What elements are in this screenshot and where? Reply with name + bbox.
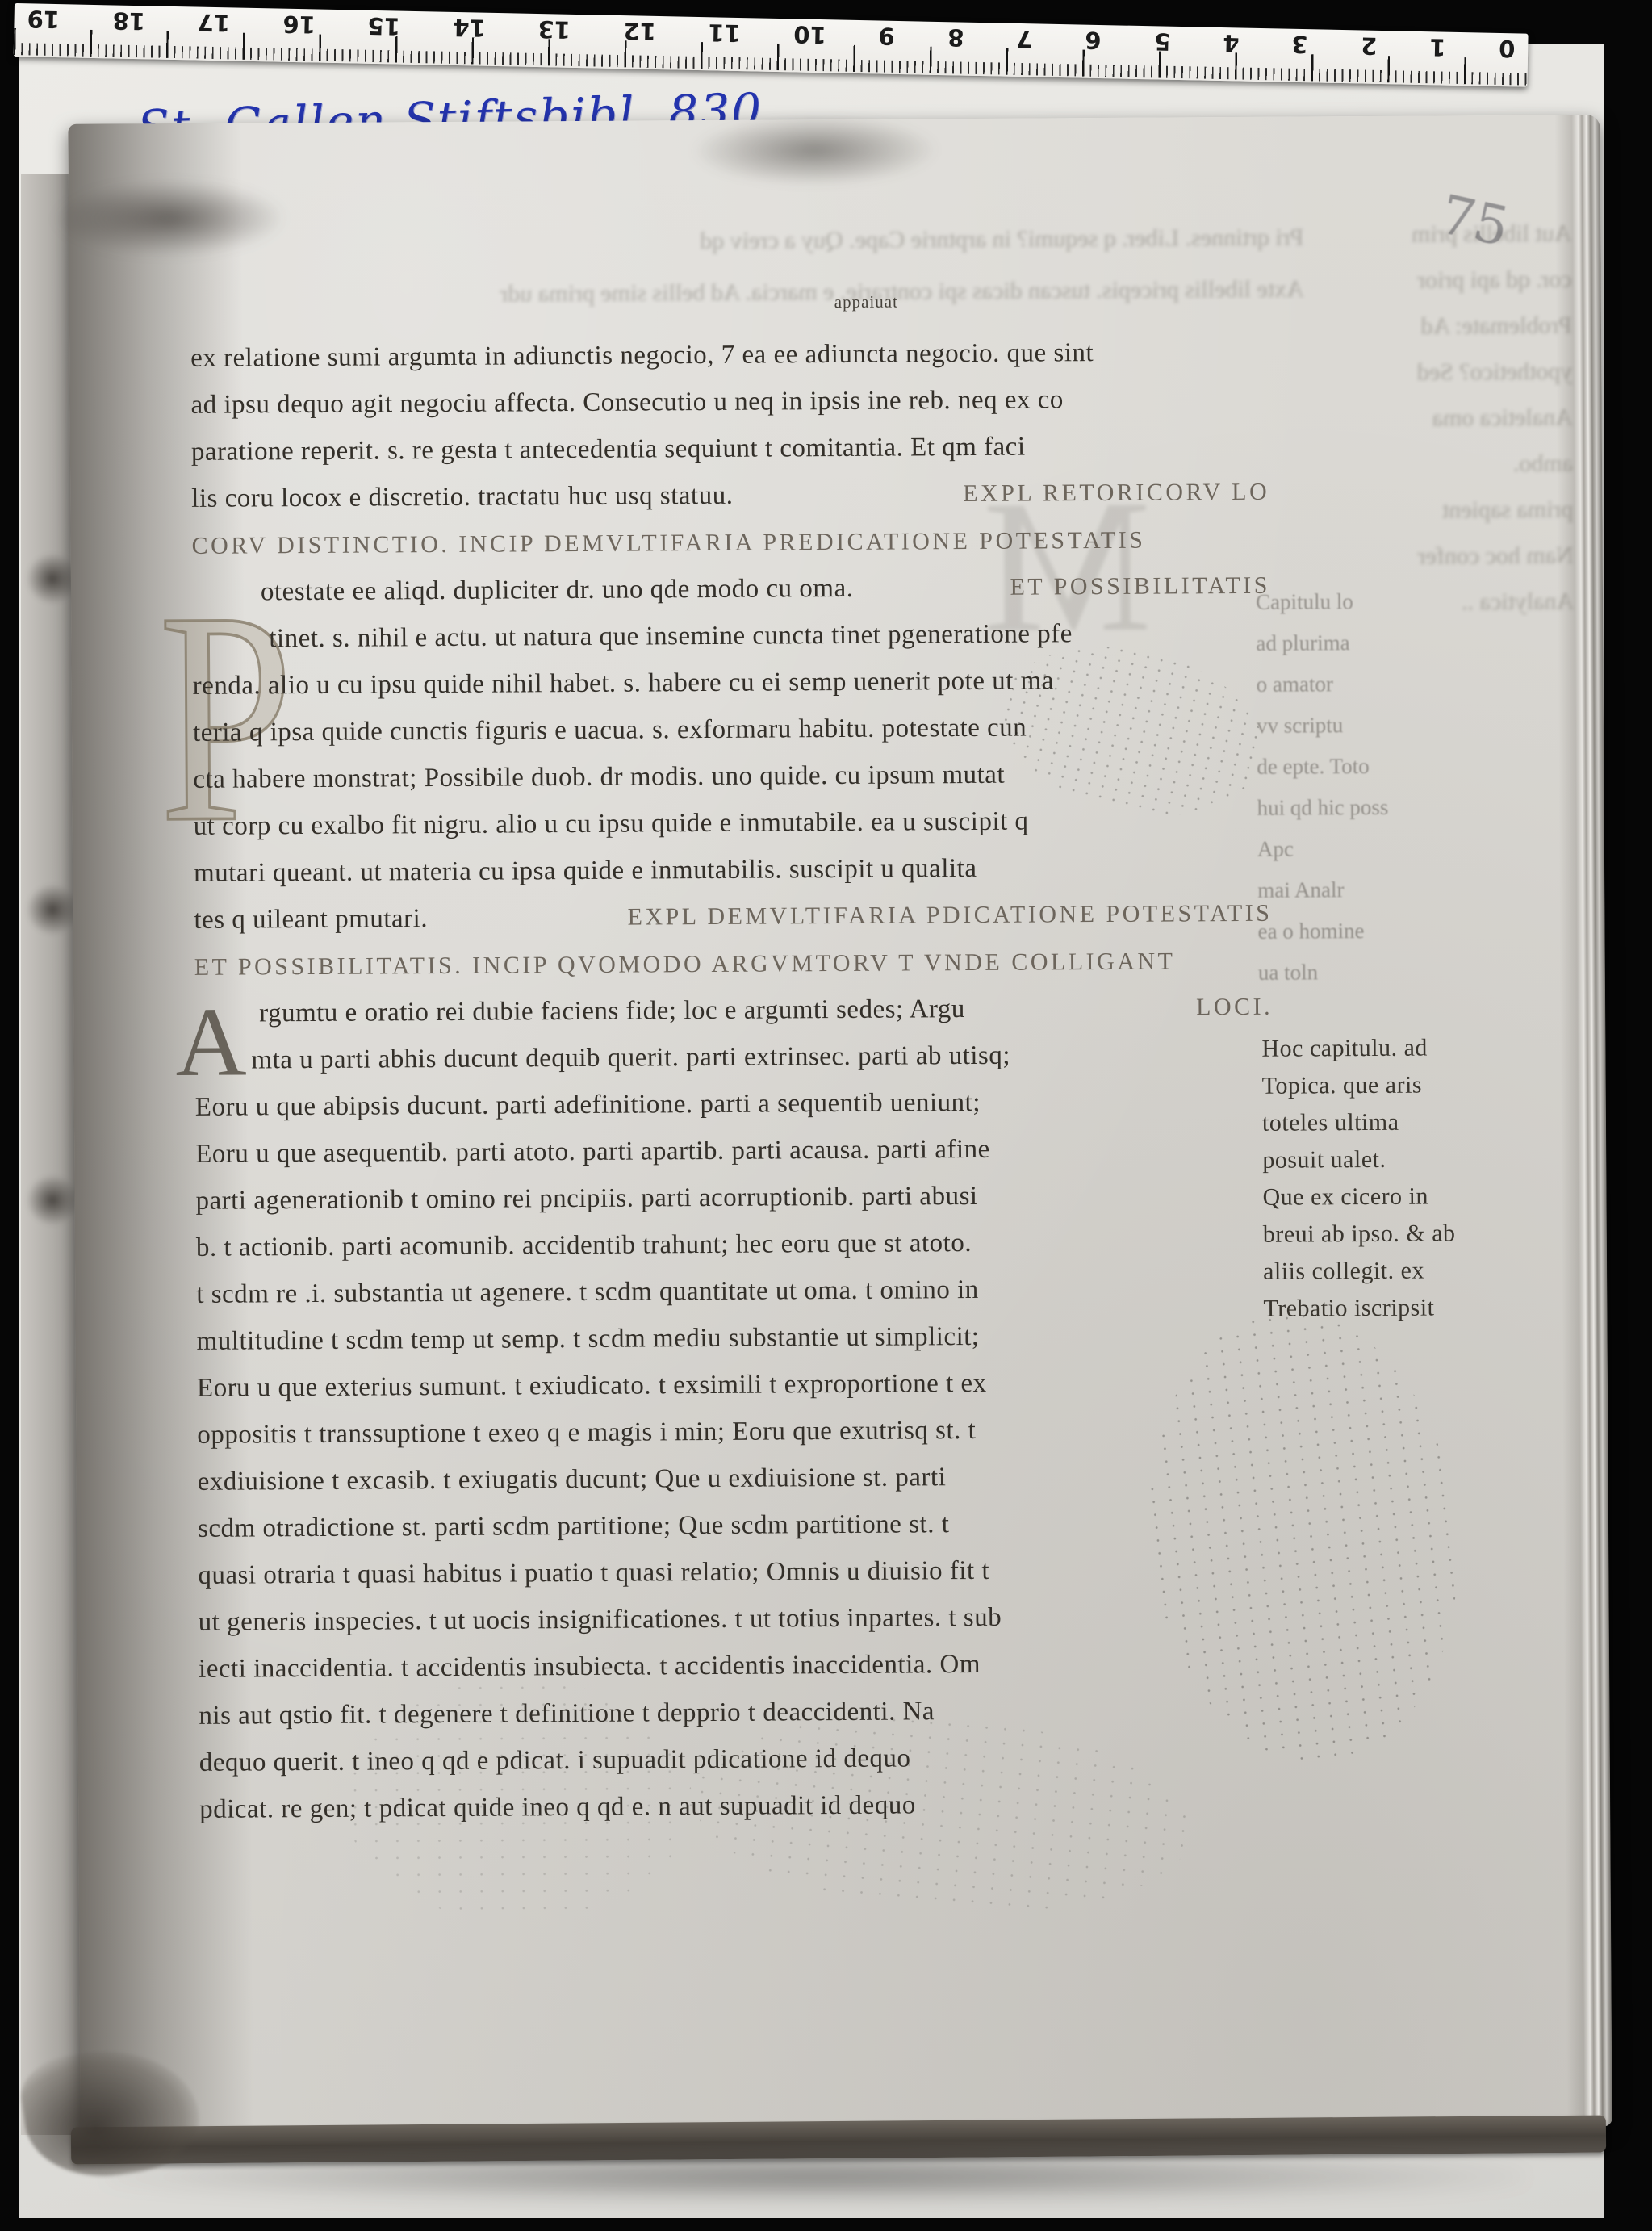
body-text: Eoru u que exterius sumunt. t exiudicato…: [197, 1369, 987, 1403]
spine-band: [26, 1174, 79, 1226]
margin-note-line: vv scriptu: [1257, 703, 1604, 747]
body-text: tes q uileant pmutari.: [194, 895, 428, 944]
body-text: oppositis t transsuptione t exeo q e mag…: [197, 1416, 976, 1450]
text-line: Eoru u que asequentib. parti atoto. part…: [195, 1124, 1274, 1178]
text-line: Eoru u que abipsis ducunt. parti adefini…: [195, 1078, 1274, 1131]
margin-note-line: de epte. Toto: [1257, 744, 1604, 788]
text-line: CORV DISTINCTIO. INCIP DEMVLTIFARIA PRED…: [191, 516, 1269, 569]
text-line: quasi otraria t quasi habitus i puatio t…: [198, 1546, 1276, 1599]
showthrough-line: cor. qd api prior: [1240, 256, 1571, 304]
body-text: cta habere monstrat; Possibile duob. dr …: [193, 760, 1005, 794]
body-text: mutari queant. ut materia cu ipsa quide …: [194, 854, 977, 888]
body-text: ex relatione sumi argumta in adiunctis n…: [190, 338, 1094, 373]
text-line: mutari queant. ut materia cu ipsa quide …: [194, 843, 1272, 897]
text-line: scdm otradictione st. parti scdm partiti…: [198, 1499, 1276, 1552]
showthrough-line: Pri qrtinnes. Liber. q sequmi? in arptnr…: [303, 211, 1303, 270]
ink-speckles: [344, 1678, 692, 1923]
body-text: paratione reperit. s. re gesta t anteced…: [191, 433, 1026, 467]
showthrough-line: ambo.: [1242, 440, 1573, 488]
showthrough-line: Axte libellis pricepis. tuscan dicas spi…: [303, 263, 1304, 321]
rubric-capitals: ET POSSIBILITATIS. INCIP QVOMODO ARGVMTO…: [194, 948, 1176, 980]
manuscript-page: Pri qrtinnes. Liber. q sequmi? in arptnr…: [68, 115, 1612, 2136]
text-line: ex relatione sumi argumta in adiunctis n…: [190, 329, 1269, 382]
body-text: teria q ipsa quide cunctis figuris e uac…: [193, 714, 1027, 747]
text-line: mta u parti abhis ducunt dequib querit. …: [194, 1031, 1273, 1084]
body-text: parti agenerationib t omino rei pncipiis…: [195, 1182, 977, 1216]
margin-note-line: Capitulu lo: [1256, 580, 1603, 623]
rubric-capitals: ET POSSIBILITATIS: [1010, 563, 1270, 611]
body-text: tinet. s. nihil e actu. ut natura que in…: [269, 619, 1073, 653]
text-line: tes q uileant pmutari.EXPL DEMVLTIFARIA …: [194, 890, 1272, 944]
showthrough-top: Pri qrtinnes. Liber. q sequmi? in arptnr…: [303, 211, 1304, 321]
showthrough-line: Problemate: Ad: [1241, 302, 1572, 350]
body-text: mta u parti abhis ducunt dequib querit. …: [251, 1041, 1010, 1075]
text-line: oppositis t transsuptione t exeo q e mag…: [197, 1405, 1275, 1459]
body-text: otestate ee aliqd. dupliciter dr. uno qd…: [261, 565, 854, 615]
text-line: ET POSSIBILITATIS. INCIP QVOMODO ARGVMTO…: [194, 937, 1273, 990]
margin-note-line: ea o homine: [1257, 909, 1604, 952]
text-line: lis coru locox e discretio. tractatu huc…: [191, 469, 1269, 522]
body-text: scdm otradictione st. parti scdm partiti…: [198, 1509, 950, 1543]
rubric-capitals: EXPL RETORICORV LO: [963, 469, 1269, 517]
main-text-block: ex relatione sumi argumta in adiunctis n…: [190, 329, 1278, 1833]
text-line: nis aut qstio fit. t degenere t definiti…: [199, 1686, 1277, 1739]
text-line: ut generis inspecies. t ut uocis insigni…: [199, 1593, 1277, 1646]
showthrough-line: Aut libellis prim: [1240, 210, 1571, 258]
showthrough-line: ypothetico? Sed: [1241, 348, 1572, 396]
body-text: rgumtu e oratio rei dubie faciens fide; …: [259, 986, 965, 1036]
margin-note-line: mai Analr: [1257, 868, 1604, 911]
photo-frame: 191817161514131211109876543210 St. Galle…: [0, 0, 1652, 2231]
text-line: rgumtu e oratio rei dubie faciens fide; …: [194, 984, 1273, 1037]
rubric-capitals: EXPL DEMVLTIFARIA PDICATIONE POTESTATIS: [627, 890, 1272, 941]
text-line: Eoru u que exterius sumunt. t exiudicato…: [197, 1358, 1275, 1412]
body-text: iecti inaccidentia. t accidentis insubie…: [199, 1650, 981, 1684]
showthrough-line: Nam hoc confer: [1243, 532, 1574, 580]
body-text: t scdm re .i. substantia ut agenere. t s…: [196, 1275, 979, 1309]
text-line: b. t actionib. parti acomunib. accidenti…: [196, 1218, 1274, 1271]
body-text: ad ipsu dequo agit negociu affecta. Cons…: [190, 385, 1064, 420]
margin-note-line: ad plurima: [1256, 621, 1603, 664]
text-line: ad ipsu dequo agit negociu affecta. Cons…: [190, 375, 1269, 429]
showthrough-line: Analetica oma: [1241, 394, 1572, 442]
text-line: t scdm re .i. substantia ut agenere. t s…: [196, 1265, 1274, 1318]
margin-note-line: ua toln: [1258, 950, 1605, 994]
body-text: b. t actionib. parti acomunib. accidenti…: [196, 1229, 972, 1262]
showthrough-line: prima sapient: [1242, 486, 1573, 534]
margin-notes-faint: Capitulu load plurimao amatorvv scriptud…: [1256, 580, 1605, 994]
interlinear-gloss: appaiuat: [834, 292, 898, 312]
body-text: Eoru u que asequentib. parti atoto. part…: [195, 1135, 990, 1169]
margin-note-line: hui qd hic poss: [1257, 785, 1604, 829]
text-line: otestate ee aliqd. dupliciter dr. uno qd…: [192, 563, 1270, 616]
body-text: ut corp cu exalbo fit nigru. alio u cu i…: [194, 807, 1029, 841]
body-text: exdiuisione t excasib. t exiugatis ducun…: [198, 1463, 947, 1496]
rubric-capitals: CORV DISTINCTIO. INCIP DEMVLTIFARIA PRED…: [192, 527, 1146, 559]
margin-note-line: Apc: [1257, 827, 1604, 870]
text-line: iecti inaccidentia. t accidentis insubie…: [199, 1639, 1277, 1693]
page-corner-shadow: [52, 179, 287, 257]
showthrough-right: Aut libellis primcor. qd api priorProble…: [1240, 210, 1574, 626]
body-text: multitudine t scdm temp ut semp. t scdm …: [197, 1322, 980, 1356]
top-edge-stain: [689, 114, 940, 186]
text-line: parti agenerationib t omino rei pncipiis…: [195, 1171, 1274, 1224]
body-text: lis coru locox e discretio. tractatu huc…: [191, 472, 734, 522]
body-text: ut generis inspecies. t ut uocis insigni…: [199, 1603, 1002, 1637]
body-text: renda. alio u cu ipsu quide nihil habet.…: [193, 666, 1054, 701]
text-line: paratione reperit. s. re gesta t anteced…: [191, 422, 1269, 475]
spine-band: [26, 884, 79, 936]
book-shadow: [105, 2154, 1525, 2200]
body-text: Eoru u que abipsis ducunt. parti adefini…: [195, 1088, 981, 1122]
text-line: multitudine t scdm temp ut semp. t scdm …: [196, 1312, 1274, 1365]
margin-note-line: o amator: [1257, 662, 1604, 705]
body-text: quasi otraria t quasi habitus i puatio t…: [198, 1556, 989, 1590]
text-line: exdiuisione t excasib. t exiugatis ducun…: [198, 1452, 1276, 1505]
